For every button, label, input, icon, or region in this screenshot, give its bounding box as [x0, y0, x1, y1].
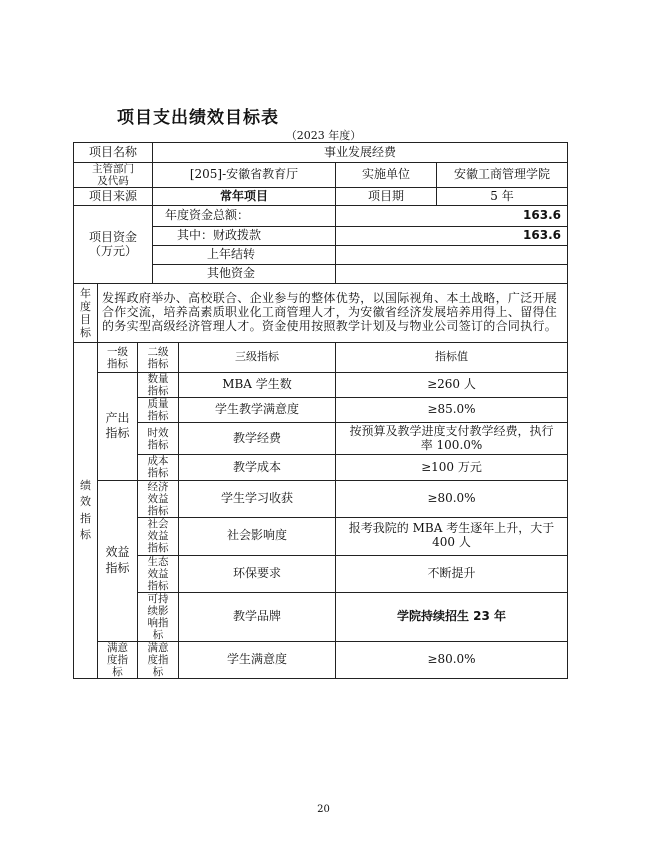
performance-target-table: 项目名称 事业发展经费 主管部门 及代码 [205]-安徽省教育厅 实施单位 安… [73, 142, 568, 679]
level2-quality: 质量指标 [138, 398, 179, 423]
dept-label: 主管部门 及代码 [74, 163, 153, 188]
level2-cost: 成本指标 [138, 455, 179, 480]
funds-label: 项目资金 （万元） [74, 206, 153, 284]
funds-label-line2: （万元） [76, 245, 150, 259]
dept-value: [205]-安徽省教育厅 [153, 163, 336, 188]
value-teaching-brand: 学院持续招生 23 年 [336, 592, 568, 641]
level2-social: 社会效益指标 [138, 517, 179, 555]
page-number: 20 [0, 804, 647, 815]
funds-fiscal-value: 163.6 [336, 227, 568, 246]
header-value: 指标值 [336, 343, 568, 373]
value-student-satisfaction: ≥80.0% [336, 642, 568, 679]
level3-student-satisfaction: 学生满意度 [179, 642, 336, 679]
dept-label-line1: 主管部门 [76, 163, 150, 175]
funds-other-label: 其他资金 [153, 265, 336, 284]
level1-benefit: 效益指标 [98, 480, 138, 642]
level1-output: 产出指标 [98, 373, 138, 480]
funds-total-value: 163.6 [336, 206, 568, 227]
level3-teaching-brand: 教学品牌 [179, 592, 336, 641]
source-label: 项目来源 [74, 188, 153, 206]
header-level3: 三级指标 [179, 343, 336, 373]
level2-ecological: 生态效益指标 [138, 555, 179, 592]
funds-total-label: 年度资金总额： [153, 206, 336, 227]
period-label: 项目期 [336, 188, 437, 206]
period-value: 5 年 [437, 188, 568, 206]
level2-satisfaction: 满意度指标 [138, 642, 179, 679]
funds-carryover-label: 上年结转 [153, 246, 336, 265]
funds-fiscal-label: 其中：财政拨款 [153, 227, 336, 246]
value-env-requirement: 不断提升 [336, 555, 568, 592]
level2-quantity: 数量指标 [138, 373, 179, 398]
level2-timeliness: 时效指标 [138, 423, 179, 455]
impl-unit-value: 安徽工商管理学院 [437, 163, 568, 188]
value-teaching-cost: ≥100 万元 [336, 455, 568, 480]
level3-mba-students: MBA 学生数 [179, 373, 336, 398]
header-level1: 一级指标 [98, 343, 138, 373]
level3-learning-gain: 学生学习收获 [179, 480, 336, 517]
level3-teaching-cost: 教学成本 [179, 455, 336, 480]
value-teaching-satisfaction: ≥85.0% [336, 398, 568, 423]
funds-other-value [336, 265, 568, 284]
level2-economic: 经济效益指标 [138, 480, 179, 517]
value-social-influence: 报考我院的 MBA 考生逐年上升，大于 400 人 [336, 517, 568, 555]
level3-teaching-satisfaction: 学生教学满意度 [179, 398, 336, 423]
annual-goal-label: 年度目标 [74, 284, 98, 343]
level3-teaching-funds: 教学经费 [179, 423, 336, 455]
funds-label-line1: 项目资金 [76, 231, 150, 245]
project-name-label: 项目名称 [74, 143, 153, 163]
year-label: （2023 年度） [0, 127, 647, 143]
project-name-value: 事业发展经费 [153, 143, 568, 163]
performance-section-label: 绩效指标 [74, 343, 98, 679]
level2-sustainable: 可持续影响指标 [138, 592, 179, 641]
source-value: 常年项目 [153, 188, 336, 206]
value-learning-gain: ≥80.0% [336, 480, 568, 517]
funds-carryover-value [336, 246, 568, 265]
level3-env-requirement: 环保要求 [179, 555, 336, 592]
impl-unit-label: 实施单位 [336, 163, 437, 188]
header-level2: 二级指标 [138, 343, 179, 373]
annual-goal-text: 发挥政府举办、高校联合、企业参与的整体优势，以国际视角、本土战略，广泛开展合作交… [98, 284, 568, 343]
level3-social-influence: 社会影响度 [179, 517, 336, 555]
dept-label-line2: 及代码 [76, 175, 150, 187]
value-teaching-funds: 按预算及教学进度支付教学经费，执行率 100.0% [336, 423, 568, 455]
document-title: 项目支出绩效目标表 [117, 103, 279, 128]
level1-satisfaction: 满意度指标 [98, 642, 138, 679]
value-mba-students: ≥260 人 [336, 373, 568, 398]
